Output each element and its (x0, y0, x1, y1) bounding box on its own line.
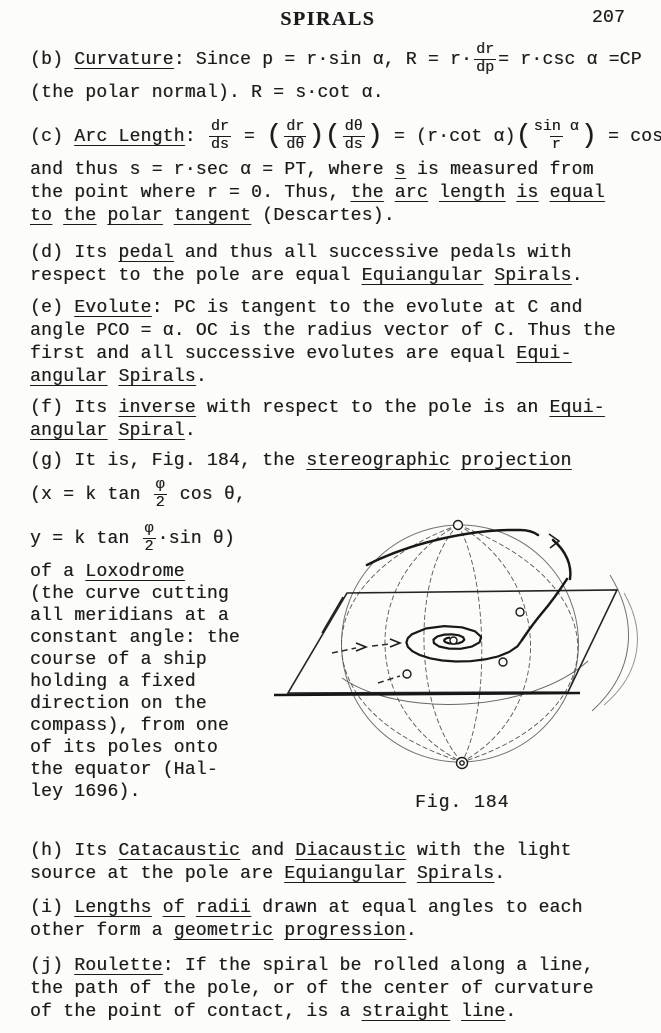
underlined-text: Spiral (118, 421, 184, 441)
top-pole-node (454, 521, 463, 530)
text-run (450, 1002, 461, 1022)
spiral-outer-arm (522, 579, 567, 640)
fraction: drdθ (282, 119, 308, 154)
figure-caption: Fig. 184 (415, 793, 509, 813)
text-run: is measured from (406, 160, 594, 180)
text-line: the point where r = 0. Thus, the arc len… (30, 182, 637, 205)
text-run: = cos α, (597, 127, 661, 147)
underlined-text: Lengths (74, 898, 151, 918)
text-run (107, 421, 118, 441)
plane-edge-doubled (322, 597, 343, 633)
text-run: holding a fixed (30, 672, 196, 692)
paragraph-b: (b) Curvature: Since p = r·sin α, R = r·… (30, 38, 637, 105)
text-line: (j) Roulette: If the spiral be rolled al… (30, 955, 637, 978)
paragraph-h: (h) Its Catacaustic and Diacaustic with … (30, 840, 637, 886)
text-run: . (572, 266, 583, 286)
text-run: (i) (30, 898, 74, 918)
spiral-lower-node (499, 658, 507, 666)
spiral-center-node (450, 637, 457, 644)
text-run (273, 921, 284, 941)
text-run: and thus all successive pedals with (174, 243, 572, 263)
big-paren: ( (324, 121, 340, 151)
text-run: (h) Its (30, 841, 118, 861)
text-run: other form a (30, 921, 174, 941)
text-run: and thus s = r·sec α = PT, where (30, 160, 395, 180)
text-run: = (r·cot α) (383, 127, 516, 147)
paragraph-f: (f) Its inverse with respect to the pole… (30, 397, 637, 443)
underlined-text: Evolute (74, 298, 151, 318)
underlined-text: radii (196, 898, 251, 918)
page-number: 207 (592, 8, 625, 28)
text-run: first and all successive evolutes are eq… (30, 344, 516, 364)
text-run: source at the pole are (30, 864, 284, 884)
underlined-text: angular (30, 421, 107, 441)
text-line: angle PCO = α. OC is the radius vector o… (30, 320, 637, 343)
text-run (538, 183, 549, 203)
text-run: (the curve cutting (30, 584, 229, 604)
underlined-text: of (163, 898, 185, 918)
text-run: with the light (406, 841, 572, 861)
underlined-text: Catacaustic (118, 841, 240, 861)
text-run: : PC is tangent to the evolute at C and (152, 298, 583, 318)
text-run (52, 206, 63, 226)
underlined-text: to (30, 206, 52, 226)
text-line: angular Spiral. (30, 420, 637, 443)
text-line: direction on the (30, 693, 275, 715)
text-run: . (185, 421, 196, 441)
text-line: (the polar normal). R = s·cot α. (30, 82, 637, 105)
text-run (163, 206, 174, 226)
underlined-text: geometric (174, 921, 273, 941)
big-paren: ( (266, 121, 282, 151)
big-paren: ) (308, 121, 324, 151)
fraction: sin αr (532, 119, 581, 154)
underlined-text: is (516, 183, 538, 203)
text-run: . (406, 921, 417, 941)
text-run (406, 864, 417, 884)
paragraph-g2: of a Loxodrome(the curve cuttingall meri… (30, 561, 275, 803)
text-run: . (196, 367, 207, 387)
text-run: : If the spiral be rolled along a line, (163, 956, 594, 976)
fraction: φ2 (141, 521, 158, 556)
text-line: (c) Arc Length: drds = (drdθ)(dθds) = (r… (30, 115, 637, 159)
fraction: dθds (341, 119, 367, 154)
text-run: the path of the pole, or of the center o… (30, 979, 594, 999)
text-line: (d) Its pedal and thus all successive pe… (30, 242, 637, 265)
underlined-text: inverse (118, 398, 195, 418)
big-paren: ) (367, 121, 383, 151)
underlined-text: straight (362, 1002, 450, 1022)
underlined-text: pedal (118, 243, 173, 263)
text-run: the equator (Hal- (30, 760, 218, 780)
text-run (483, 266, 494, 286)
text-run: (j) (30, 956, 74, 976)
underlined-text: projection (461, 451, 572, 471)
text-line: (the curve cutting (30, 583, 275, 605)
underlined-text: Equi- (549, 398, 604, 418)
text-run: of a (30, 562, 85, 582)
text-run: the point where r = 0. Thus, (30, 183, 351, 203)
text-run: with respect to the pole is an (196, 398, 550, 418)
text-line: ley 1696). (30, 781, 275, 803)
underlined-text: Equiangular (284, 864, 406, 884)
underlined-text: progression (284, 921, 406, 941)
text-line: the path of the pole, or of the center o… (30, 978, 637, 1001)
underlined-text: equal (550, 183, 605, 203)
text-run: angle PCO = α. OC is the radius vector o… (30, 321, 616, 341)
text-line: constant angle: the (30, 627, 275, 649)
text-run (152, 898, 163, 918)
text-line: (i) Lengths of radii drawn at equal angl… (30, 897, 637, 920)
text-line: respect to the pole are equal Equiangula… (30, 265, 637, 288)
text-line: of a Loxodrome (30, 561, 275, 583)
fraction: drdp (472, 42, 498, 77)
underlined-text: Spirals (417, 864, 494, 884)
text-run: constant angle: the (30, 628, 240, 648)
text-run: of its poles onto (30, 738, 218, 758)
text-run: of the point of contact, is a (30, 1002, 362, 1022)
text-run: (c) (30, 127, 74, 147)
underlined-text: the (351, 183, 384, 203)
text-run: : Since p = r·sin α, R = r· (174, 50, 472, 70)
underlined-text: Diacaustic (295, 841, 406, 861)
paragraph-j: (j) Roulette: If the spiral be rolled al… (30, 955, 637, 1024)
underlined-text: polar (107, 206, 162, 226)
text-line: of its poles onto (30, 737, 275, 759)
text-run: compass), from one (30, 716, 229, 736)
underlined-text: Arc Length (74, 127, 185, 147)
text-run (96, 206, 107, 226)
text-run: all meridians at a (30, 606, 229, 626)
underlined-text: tangent (174, 206, 251, 226)
text-run: (b) (30, 50, 74, 70)
text-run: = (233, 127, 266, 147)
paragraph-i: (i) Lengths of radii drawn at equal angl… (30, 897, 637, 943)
text-line: angular Spirals. (30, 366, 637, 389)
paragraph-e: (e) Evolute: PC is tangent to the evolut… (30, 297, 637, 389)
text-run: : (185, 127, 207, 147)
stereographic-projection-figure (270, 513, 661, 775)
text-run: (f) Its (30, 398, 118, 418)
text-line: (g) It is, Fig. 184, the stereographic p… (30, 450, 637, 473)
spiral-left-node (403, 670, 411, 678)
text-line: source at the pole are Equiangular Spira… (30, 863, 637, 886)
spiral-arm-node (516, 608, 524, 616)
underlined-text: length (439, 183, 505, 203)
text-run: cos θ, (169, 485, 246, 505)
text-line: (e) Evolute: PC is tangent to the evolut… (30, 297, 637, 320)
paragraph-d: (d) Its pedal and thus all successive pe… (30, 242, 637, 288)
text-run (505, 183, 516, 203)
text-run: course of a ship (30, 650, 207, 670)
text-line: holding a fixed (30, 671, 275, 693)
text-line: (x = k tan φ2 cos θ, (30, 473, 637, 517)
text-line: all meridians at a (30, 605, 275, 627)
book-page: SPIRALS 207 (b) Curvature: Since p = r·s… (0, 0, 661, 1033)
underlined-text: Roulette (74, 956, 162, 976)
text-run: (x = k tan (30, 485, 152, 505)
page-header: SPIRALS 207 (30, 8, 637, 30)
text-line: of the point of contact, is a straight l… (30, 1001, 637, 1024)
text-line: first and all successive evolutes are eq… (30, 343, 637, 366)
text-line: (f) Its inverse with respect to the pole… (30, 397, 637, 420)
right-meridian-arc-2 (604, 593, 637, 705)
underlined-text: angular (30, 367, 107, 387)
underlined-text: the (63, 206, 96, 226)
text-line: (h) Its Catacaustic and Diacaustic with … (30, 840, 637, 863)
loxodrome-curve (367, 530, 538, 565)
text-line: to the polar tangent (Descartes). (30, 205, 637, 228)
bottom-pole-node-inner (460, 761, 464, 765)
underlined-text: Equi- (516, 344, 571, 364)
text-run: ·sin θ) (158, 529, 235, 549)
text-run: (d) Its (30, 243, 118, 263)
underlined-text: stereographic (306, 451, 450, 471)
text-run (185, 898, 196, 918)
text-line: (b) Curvature: Since p = r·sin α, R = r·… (30, 38, 637, 82)
text-line: course of a ship (30, 649, 275, 671)
text-run: direction on the (30, 694, 207, 714)
text-run: ley 1696). (30, 782, 141, 802)
text-run: (the polar normal). R = s·cot α. (30, 83, 384, 103)
underlined-text: Spirals (118, 367, 195, 387)
text-run: (g) It is, Fig. 184, the (30, 451, 306, 471)
text-run: . (505, 1002, 516, 1022)
underlined-text: Loxodrome (85, 562, 184, 582)
right-meridian-arc (592, 575, 629, 711)
text-line: and thus s = r·sec α = PT, where s is me… (30, 159, 637, 182)
text-run (450, 451, 461, 471)
text-line: compass), from one (30, 715, 275, 737)
figure-184 (270, 513, 661, 775)
text-run: drawn at equal angles to each (251, 898, 583, 918)
text-run: (Descartes). (251, 206, 395, 226)
underlined-text: s (395, 160, 406, 180)
big-paren: ( (516, 121, 532, 151)
text-run: = r·csc α =CP (498, 50, 642, 70)
fraction: drds (207, 119, 233, 154)
big-paren: ) (581, 121, 597, 151)
page-title: SPIRALS (280, 8, 375, 31)
text-run: and (240, 841, 295, 861)
text-run: . (494, 864, 505, 884)
underlined-text: arc (395, 183, 428, 203)
text-run (384, 183, 395, 203)
paragraph-c: (c) Arc Length: drds = (drdθ)(dθds) = (r… (30, 115, 637, 228)
text-run: (e) (30, 298, 74, 318)
underlined-text: Equiangular (362, 266, 484, 286)
text-run: respect to the pole are equal (30, 266, 362, 286)
underlined-text: Curvature (74, 50, 173, 70)
text-line: the equator (Hal- (30, 759, 275, 781)
underlined-text: line (461, 1002, 505, 1022)
underlined-text: Spirals (494, 266, 571, 286)
text-line: other form a geometric progression. (30, 920, 637, 943)
text-run: y = k tan (30, 529, 141, 549)
text-run (428, 183, 439, 203)
fraction: φ2 (152, 477, 169, 512)
text-run (107, 367, 118, 387)
